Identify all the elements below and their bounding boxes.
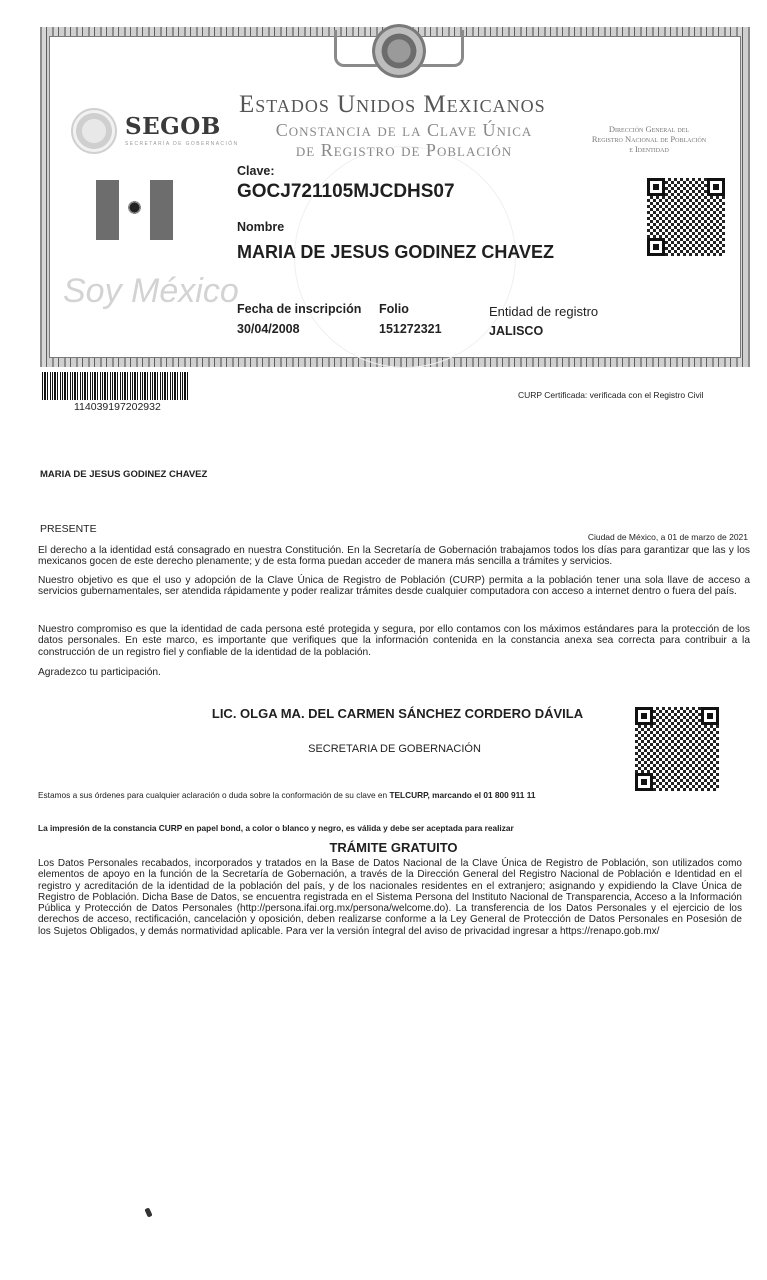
letter-salutation: PRESENTE — [40, 523, 97, 535]
letter-paragraph: El derecho a la identidad está consagrad… — [38, 545, 750, 568]
directorate-line3: e Identidad — [564, 144, 734, 154]
segob-subtitle: SECRETARÍA DE GOBERNACIÓN — [125, 141, 239, 147]
nombre-value: MARIA DE JESUS GODINEZ CHAVEZ — [237, 242, 554, 263]
print-validity-note: La impresión de la constancia CURP en pa… — [38, 823, 514, 833]
qr-finder-top-right — [707, 178, 725, 196]
letter-place-date: Ciudad de México, a 01 de marzo de 2021 — [588, 532, 748, 542]
slogan: Soy México — [63, 272, 239, 311]
flag-center-emblem — [119, 180, 150, 240]
clave-label: Clave: — [237, 164, 275, 178]
contact-text: Estamos a sus órdenes para cualquier acl… — [38, 790, 389, 800]
qr-code-icon — [635, 707, 719, 791]
privacy-notice: Los Datos Personales recabados, incorpor… — [38, 858, 742, 937]
folio-label: Folio — [379, 302, 409, 316]
qr-finder-top-left — [647, 178, 665, 196]
crest-ornament-right — [421, 30, 464, 67]
mexican-flag-icon — [96, 180, 173, 240]
curp-certificate-card: SEGOB SECRETARÍA DE GOBERNACIÓN Estados … — [40, 27, 750, 367]
folio-value: 151272321 — [379, 322, 442, 336]
segob-seal-icon — [71, 108, 117, 154]
letter-addressee: MARIA DE JESUS GODINEZ CHAVEZ — [40, 469, 207, 480]
crest-seal — [372, 24, 426, 78]
scan-speck — [144, 1207, 152, 1217]
segob-logo: SEGOB SECRETARÍA DE GOBERNACIÓN — [71, 108, 239, 154]
letter-paragraph: Nuestro compromiso es que la identidad d… — [38, 624, 750, 658]
qr-code-icon — [647, 178, 725, 256]
flag-stripe-left — [96, 180, 119, 240]
directorate-line2: Registro Nacional de Población — [564, 134, 734, 144]
document-title-line2: de Registro de Población — [239, 140, 569, 160]
barcode-icon — [42, 372, 190, 400]
segob-name: SEGOB — [125, 115, 239, 138]
national-coat-of-arms-icon — [334, 22, 464, 80]
fecha-label: Fecha de inscripción — [237, 302, 361, 316]
qr-finder-top-right — [701, 707, 719, 725]
document-title: Constancia de la Clave Única de Registro… — [239, 120, 569, 160]
free-procedure-heading: TRÁMITE GRATUITO — [0, 840, 767, 855]
qr-finder-top-left — [635, 707, 653, 725]
entidad-value: JALISCO — [489, 324, 543, 338]
country-title: Estados Unidos Mexicanos — [239, 91, 546, 119]
qr-finder-bottom-left — [647, 238, 665, 256]
nombre-label: Nombre — [237, 220, 284, 234]
qr-finder-bottom-left — [635, 773, 653, 791]
contact-line: Estamos a sus órdenes para cualquier acl… — [38, 790, 536, 800]
letter-closing: Agradezco tu participación. — [38, 667, 750, 678]
clave-value: GOCJ721105MJCDHS07 — [237, 181, 455, 203]
barcode-number: 114039197202932 — [74, 401, 161, 413]
flag-stripe-right — [150, 180, 173, 240]
certification-note: CURP Certificada: verificada con el Regi… — [518, 390, 704, 400]
directorate-line1: Dirección General del — [564, 124, 734, 134]
directorate-name: Dirección General del Registro Nacional … — [564, 124, 734, 154]
fecha-value: 30/04/2008 — [237, 322, 300, 336]
crest-ornament-left — [334, 30, 377, 67]
letter-paragraph: Nuestro objetivo es que el uso y adopció… — [38, 575, 750, 598]
entidad-label: Entidad de registro — [489, 304, 598, 319]
contact-phone: TELCURP, marcando el 01 800 911 11 — [389, 790, 535, 800]
document-title-line1: Constancia de la Clave Única — [239, 120, 569, 140]
